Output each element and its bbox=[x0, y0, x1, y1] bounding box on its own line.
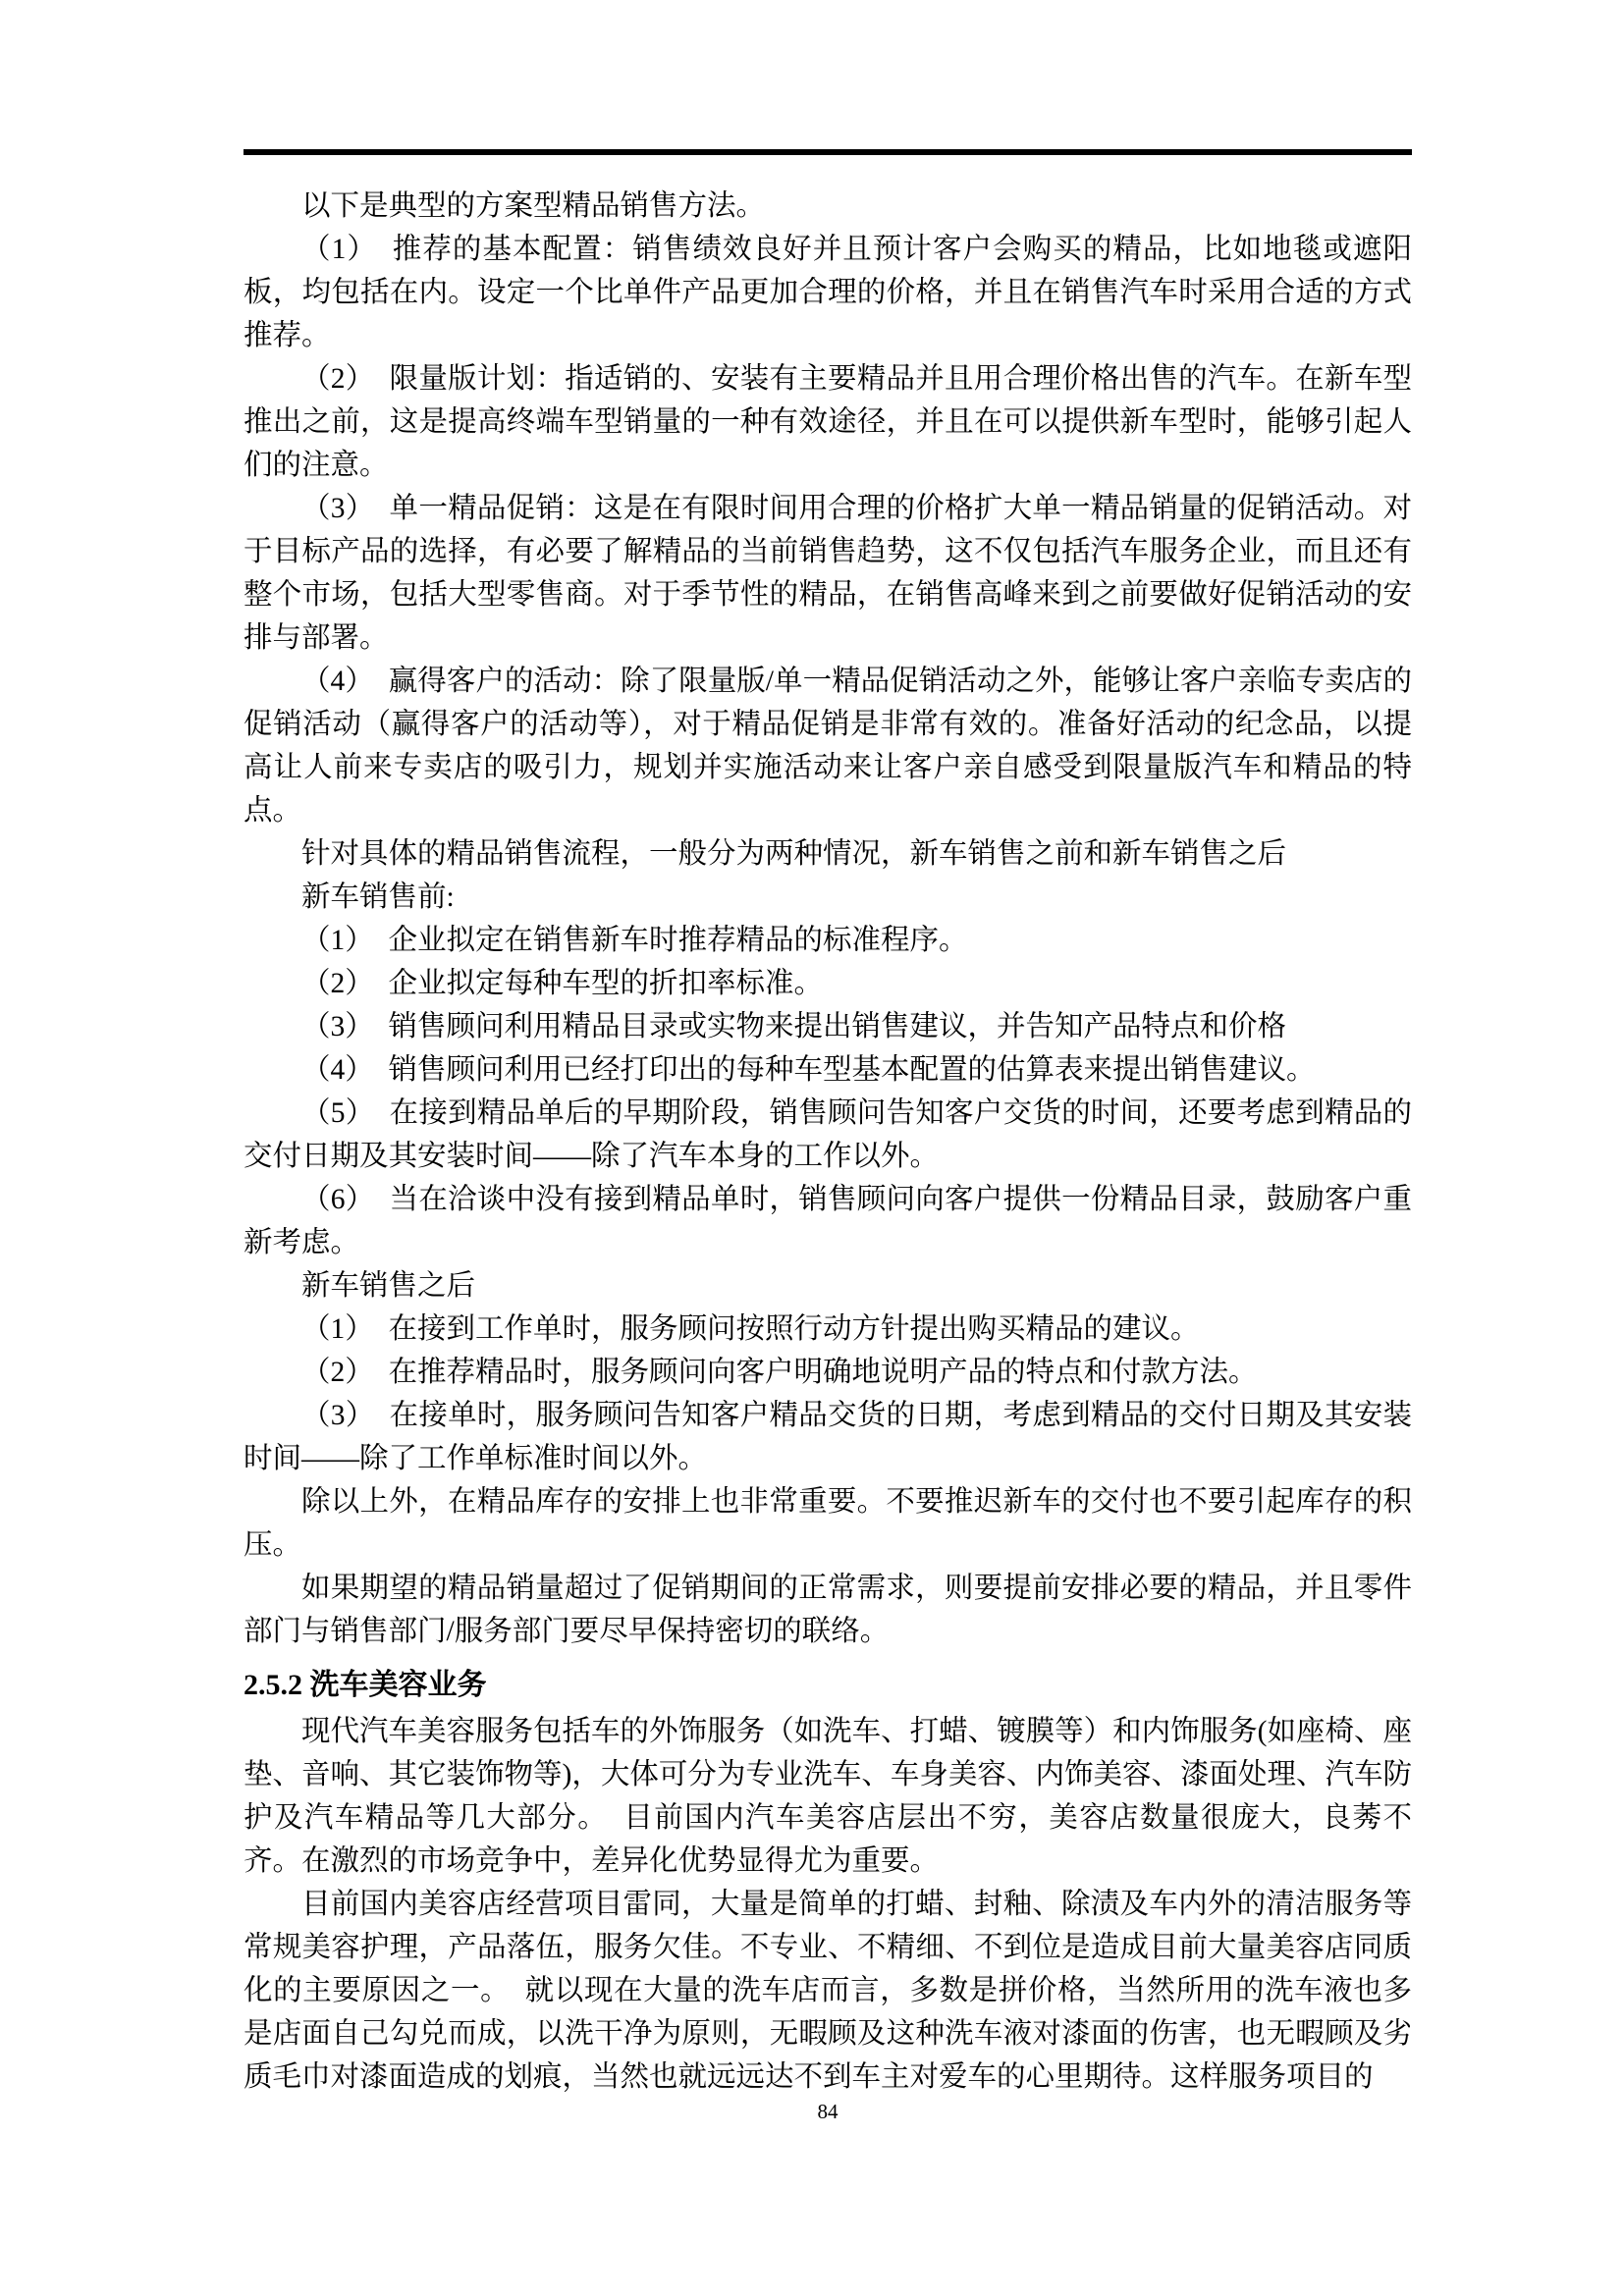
paragraph: （4） 销售顾问利用已经打印出的每种车型基本配置的估算表来提出销售建议。 bbox=[244, 1048, 1412, 1092]
paragraph: （2） 限量版计划：指适销的、安装有主要精品并且用合理价格出售的汽车。在新车型推… bbox=[244, 357, 1412, 487]
paragraph: （5） 在接到精品单后的早期阶段，销售顾问告知客户交货的时间，还要考虑到精品的交… bbox=[244, 1092, 1412, 1178]
paragraph: 如果期望的精品销量超过了促销期间的正常需求，则要提前安排必要的精品，并且零件部门… bbox=[244, 1567, 1412, 1653]
paragraph: 目前国内美容店经营项目雷同，大量是简单的打蜡、封釉、除渍及车内外的清洁服务等常规… bbox=[244, 1883, 1412, 2099]
paragraph: （1） 在接到工作单时，服务顾问按照行动方针提出购买精品的建议。 bbox=[244, 1308, 1412, 1351]
page-footer: 84 bbox=[244, 2099, 1412, 2124]
document-page: 以下是典型的方案型精品销售方法。（1） 推荐的基本配置：销售绩效良好并且预计客户… bbox=[0, 0, 1624, 2296]
paragraph: （6） 当在洽谈中没有接到精品单时，销售顾问向客户提供一份精品目录，鼓励客户重新… bbox=[244, 1178, 1412, 1264]
paragraph: （4） 赢得客户的活动：除了限量版/单一精品促销活动之外，能够让客户亲临专卖店的… bbox=[244, 660, 1412, 832]
paragraph: 新车销售前: bbox=[244, 876, 1412, 919]
page-number: 84 bbox=[818, 2100, 839, 2123]
section-heading: 2.5.2 洗车美容业务 bbox=[244, 1663, 1412, 1708]
paragraph: 除以上外，在精品库存的安排上也非常重要。不要推迟新车的交付也不要引起库存的积压。 bbox=[244, 1480, 1412, 1567]
paragraph: 现代汽车美容服务包括车的外饰服务（如洗车、打蜡、镀膜等）和内饰服务(如座椅、座垫… bbox=[244, 1710, 1412, 1883]
paragraph: （1） 企业拟定在销售新车时推荐精品的标准程序。 bbox=[244, 919, 1412, 962]
paragraph: （2） 企业拟定每种车型的折扣率标准。 bbox=[244, 962, 1412, 1005]
paragraph: 以下是典型的方案型精品销售方法。 bbox=[244, 185, 1412, 228]
paragraph: （3） 销售顾问利用精品目录或实物来提出销售建议，并告知产品特点和价格 bbox=[244, 1005, 1412, 1048]
paragraph: 针对具体的精品销售流程，一般分为两种情况，新车销售之前和新车销售之后 bbox=[244, 832, 1412, 876]
paragraph: （3） 在接单时，服务顾问告知客户精品交货的日期，考虑到精品的交付日期及其安装时… bbox=[244, 1394, 1412, 1480]
paragraph: 新车销售之后 bbox=[244, 1264, 1412, 1308]
header-rule bbox=[244, 149, 1412, 155]
paragraph: （3） 单一精品促销：这是在有限时间用合理的价格扩大单一精品销量的促销活动。对于… bbox=[244, 487, 1412, 660]
paragraph: （2） 在推荐精品时，服务顾问向客户明确地说明产品的特点和付款方法。 bbox=[244, 1351, 1412, 1394]
document-content: 以下是典型的方案型精品销售方法。（1） 推荐的基本配置：销售绩效良好并且预计客户… bbox=[244, 185, 1412, 2099]
paragraph: （1） 推荐的基本配置：销售绩效良好并且预计客户会购买的精品，比如地毯或遮阳板，… bbox=[244, 228, 1412, 357]
